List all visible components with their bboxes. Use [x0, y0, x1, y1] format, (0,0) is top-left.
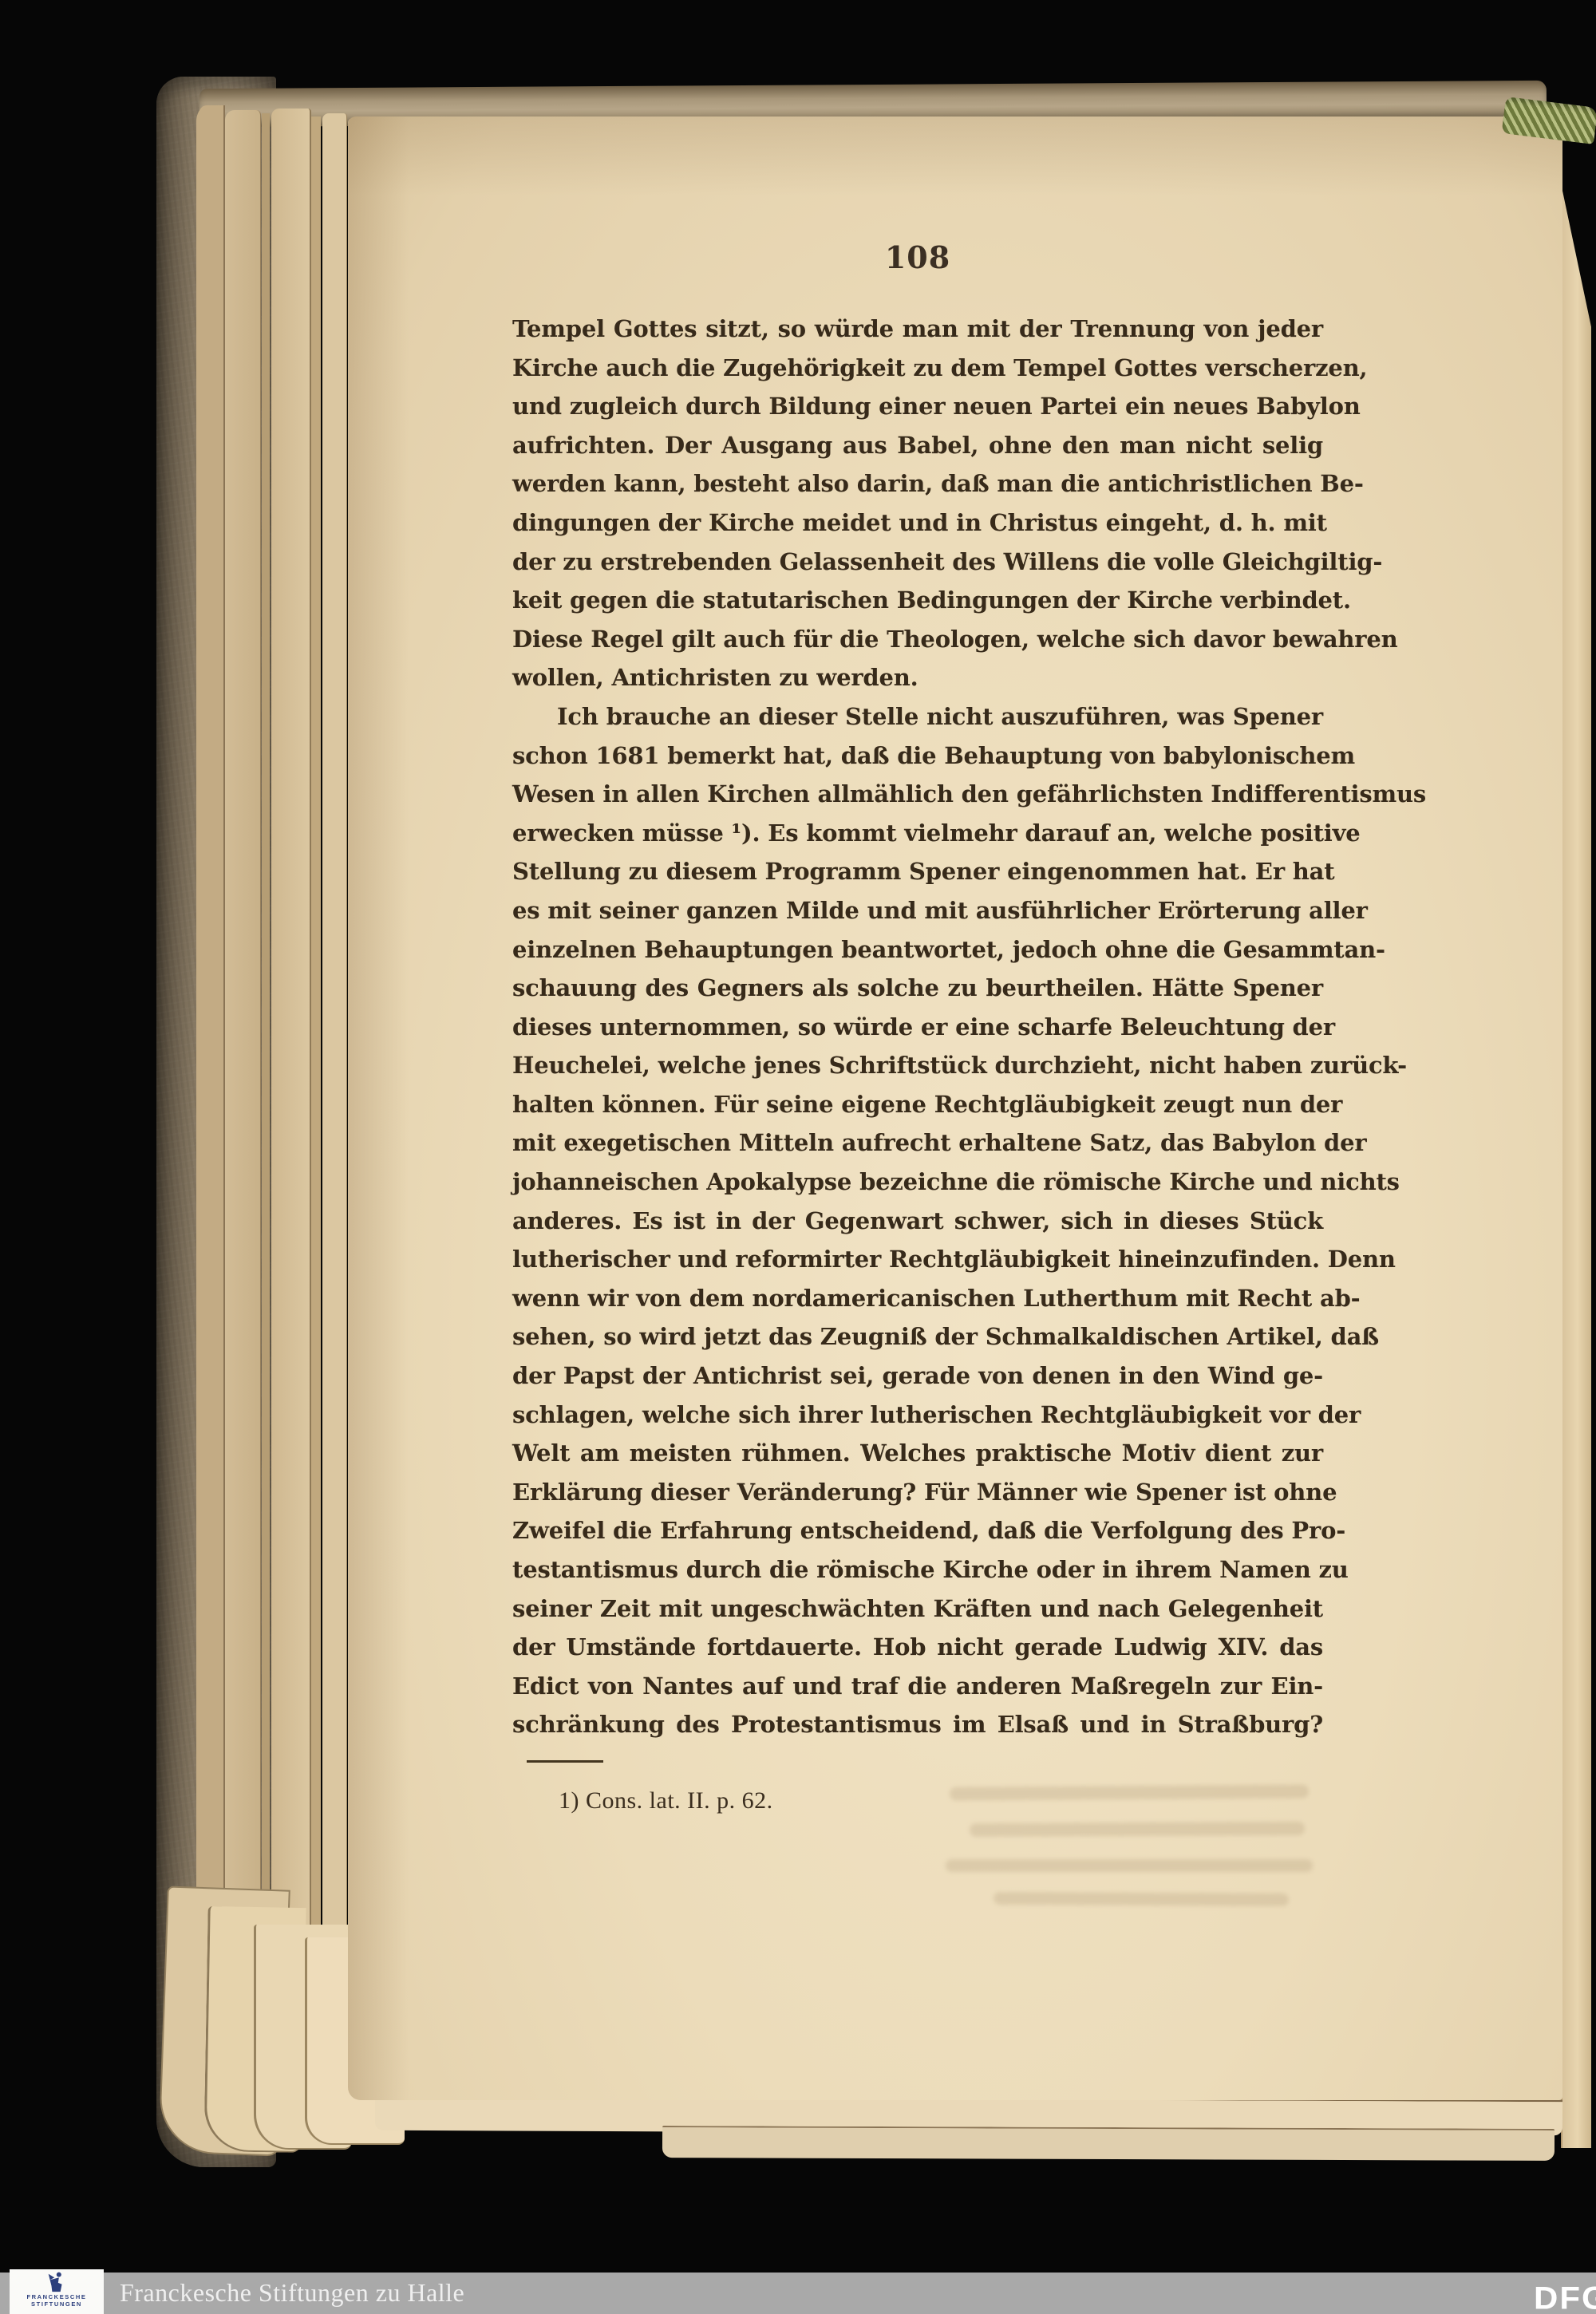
text-line: halten können. Für seine eigene Rechtglä…: [512, 1085, 1323, 1124]
text-line: mit exegetischen Mitteln aufrecht erhalt…: [512, 1123, 1323, 1163]
page-edge-strip: [262, 113, 270, 1968]
watermark-institution: Franckesche Stiftungen zu Halle: [120, 2278, 464, 2308]
text-line: seiner Zeit mit ungeschwächten Kräften u…: [512, 1589, 1323, 1629]
scanned-book-page: 108 Tempel Gottes sitzt, so würde man mi…: [0, 0, 1596, 2314]
bleed-through-text: [950, 1784, 1309, 1800]
text-line: Ich brauche an dieser Stelle nicht auszu…: [512, 697, 1323, 736]
text-line: der Umstände fortdauerte. Hob nicht gera…: [512, 1628, 1323, 1667]
text-line: dieses unternommen, so würde er eine sch…: [512, 1008, 1323, 1047]
text-line: Welt am meisten rühmen. Welches praktisc…: [512, 1434, 1323, 1473]
text-line: anderes. Es ist in der Gegenwart schwer,…: [512, 1202, 1323, 1241]
text-line: Wesen in allen Kirchen allmählich den ge…: [512, 775, 1323, 814]
text-line: schlagen, welche sich ihrer lutherischen…: [512, 1396, 1323, 1435]
text-line: schauung des Gegners als solche zu beurt…: [512, 969, 1323, 1008]
page-edge-strip: [311, 116, 321, 1968]
bleed-through-text: [946, 1859, 1313, 1872]
text-line: schränkung des Protestantismus im Elsaß …: [512, 1705, 1323, 1744]
text-line: keit gegen die statutarischen Bedingunge…: [512, 581, 1323, 620]
text-line: der zu erstrebenden Gelassenheit des Wil…: [512, 543, 1323, 582]
text-line: Tempel Gottes sitzt, so würde man mit de…: [512, 310, 1323, 349]
logo-text-line: FRANCKESCHE: [26, 2293, 86, 2300]
bleed-through-text: [994, 1892, 1289, 1906]
fanned-page-edges: [196, 101, 365, 1968]
text-line: johanneischen Apokalypse bezeichne die r…: [512, 1163, 1323, 1202]
page-edge-strip: [225, 110, 261, 1968]
page-number: 108: [512, 239, 1323, 275]
text-line: Diese Regel gilt auch für die Theologen,…: [512, 620, 1323, 659]
text-line: aufrichten. Der Ausgang aus Babel, ohne …: [512, 426, 1323, 465]
text-line: es mit seiner ganzen Milde und mit ausfü…: [512, 891, 1323, 930]
page-edge-strip: [322, 113, 347, 1968]
text-line: testantismus durch die römische Kirche o…: [512, 1550, 1323, 1589]
text-line: der Papst der Antichrist sei, gerade von…: [512, 1356, 1323, 1396]
page-text: Tempel Gottes sitzt, so würde man mit de…: [512, 310, 1323, 1744]
text-line: erwecken müsse ¹). Es kommt vielmehr dar…: [512, 814, 1323, 853]
text-line: wenn wir von dem nordamericanischen Luth…: [512, 1279, 1323, 1318]
dfg-logo: DFG: [1534, 2280, 1596, 2314]
text-line: dingungen der Kirche meidet und in Chris…: [512, 503, 1323, 543]
text-line: Kirche auch die Zugehörigkeit zu dem Tem…: [512, 349, 1323, 388]
text-line: Edict von Nantes auf und traf die andere…: [512, 1667, 1323, 1706]
text-line: Heuchelei, welche jenes Schriftstück dur…: [512, 1046, 1323, 1085]
text-line: wollen, Antichristen zu werden.: [512, 658, 1323, 697]
text-line: Zweifel die Erfahrung entscheidend, daß …: [512, 1511, 1323, 1550]
text-line: und zugleich durch Bildung einer neuen P…: [512, 387, 1323, 426]
footnote: 1) Cons. lat. II. p. 62.: [559, 1787, 773, 1814]
franckesche-emblem-icon: [46, 2271, 67, 2293]
page-edge-strip: [271, 109, 311, 1968]
text-line: Stellung zu diesem Programm Spener einge…: [512, 852, 1323, 891]
text-line: einzelnen Behauptungen beantwortet, jedo…: [512, 930, 1323, 969]
text-line: sehen, so wird jetzt das Zeugniß der Sch…: [512, 1317, 1323, 1356]
underlying-page-edge-right: [1561, 137, 1591, 2148]
bleed-through-text: [970, 1822, 1305, 1837]
franckesche-stiftungen-logo: FRANCKESCHE STIFTUNGEN: [10, 2269, 104, 2314]
text-line: schon 1681 bemerkt hat, daß die Behauptu…: [512, 736, 1323, 776]
page-edge-strip: [196, 105, 225, 1968]
underlying-page-edge-bottom: [662, 2126, 1555, 2161]
text-line: lutherischer und reformirter Rechtgläubi…: [512, 1240, 1323, 1279]
footnote-rule: [527, 1760, 603, 1763]
logo-text-line: STIFTUNGEN: [31, 2300, 82, 2308]
text-line: Erklärung dieser Veränderung? Für Männer…: [512, 1473, 1323, 1512]
text-line: werden kann, besteht also darin, daß man…: [512, 464, 1323, 503]
